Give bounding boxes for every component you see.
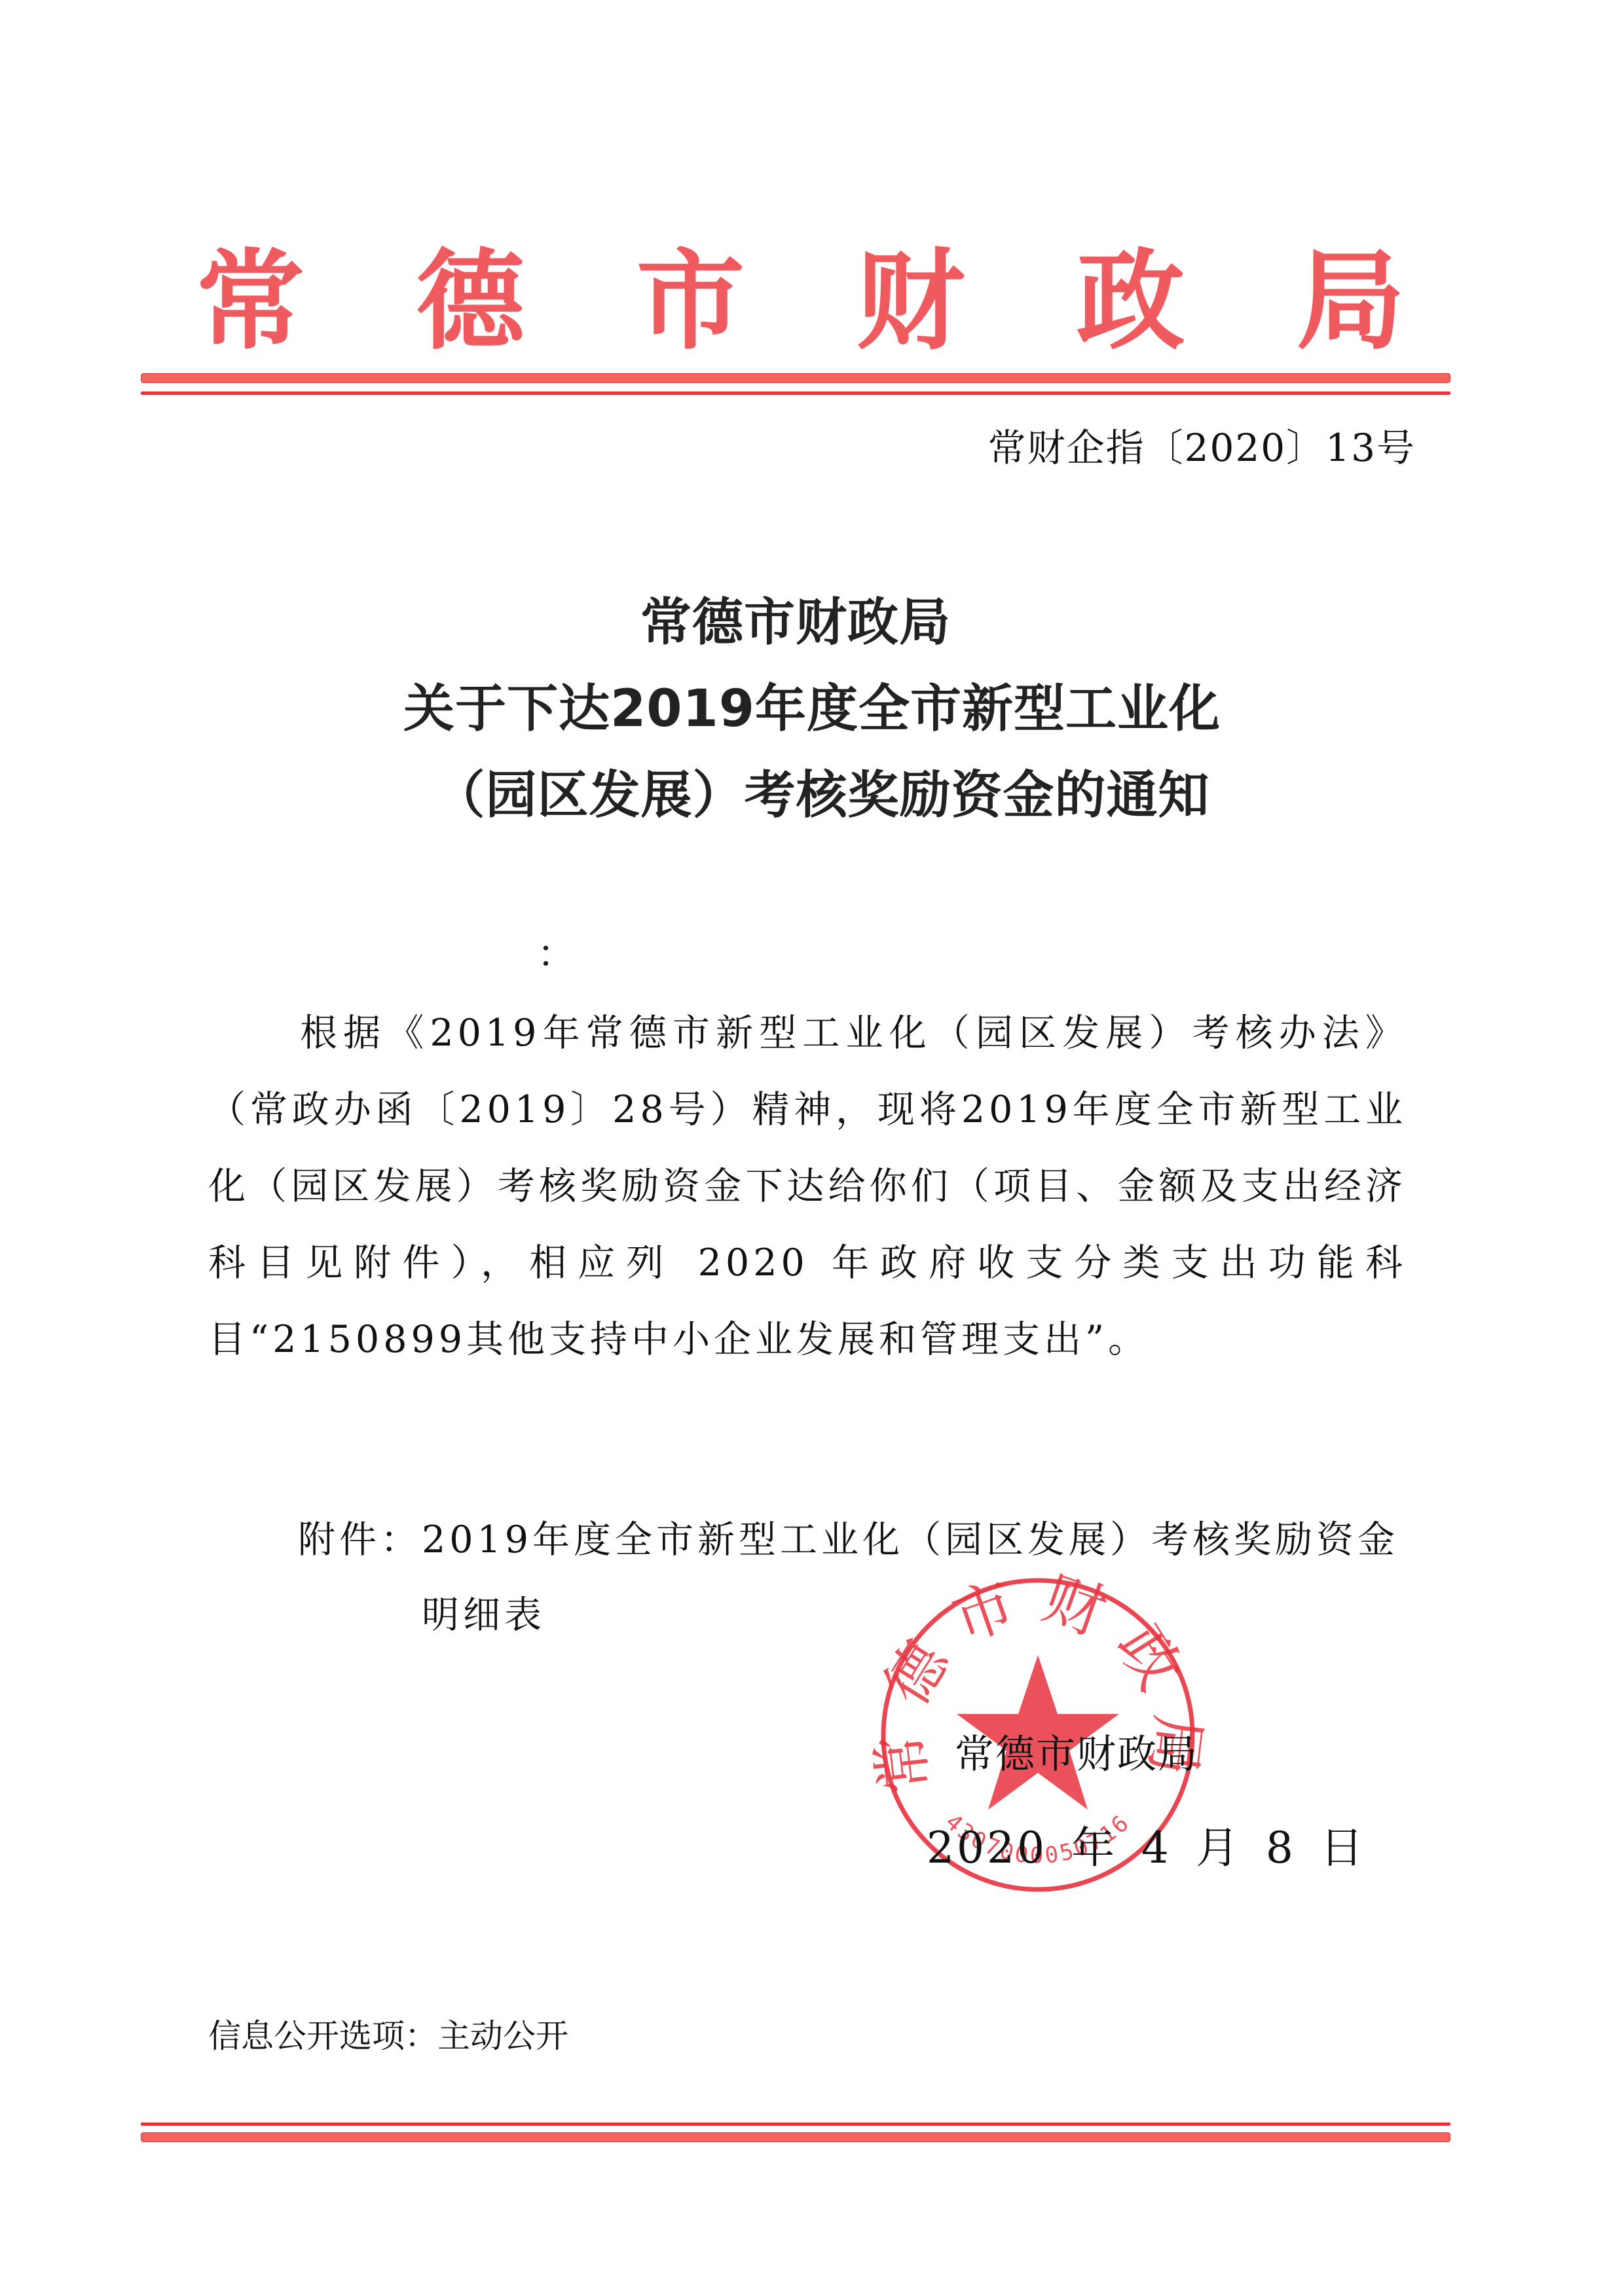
signature-date: 2020 年 4 月 8 日 xyxy=(927,1827,1366,1870)
title-line-issuer: 常德市财政局 xyxy=(0,579,1624,666)
signature-issuer: 常德市财政局 xyxy=(955,1735,1198,1774)
title-line-subject-cont: （园区发展）考核奖励资金的通知 xyxy=(20,752,1624,839)
letterhead-char: 局 xyxy=(1297,247,1405,355)
title-line-subject: 关于下达2019年度全市新型工业化 xyxy=(0,666,1624,752)
letterhead-char: 德 xyxy=(416,247,525,355)
attachment-note: 附件： 2019年度全市新型工业化（园区发展）考核奖励资金明细表 xyxy=(298,1503,1418,1653)
document-title: 常德市财政局 关于下达2019年度全市新型工业化 （园区发展）考核奖励资金的通知 xyxy=(0,579,1624,839)
letterhead-rule-thick xyxy=(141,373,1450,383)
letterhead-char: 政 xyxy=(1077,247,1185,355)
attachment-label: 附件： xyxy=(298,1503,422,1653)
letterhead-title: 常 德 市 财 政 局 xyxy=(141,236,1450,367)
letterhead-char: 市 xyxy=(637,247,745,355)
letterhead-char: 常 xyxy=(196,247,304,355)
document-number: 常财企指〔2020〕13号 xyxy=(988,429,1416,467)
salutation: ： xyxy=(537,935,575,973)
footer-rule-thick xyxy=(141,2132,1450,2142)
letterhead-rule-thin xyxy=(141,392,1450,395)
footer-rule-thin xyxy=(141,2123,1450,2126)
body-paragraph: 根据《2019年常德市新型工业化（园区发展）考核办法》（常政办函〔2019〕28… xyxy=(208,995,1407,1378)
disclosure-option: 信息公开选项：主动公开 xyxy=(208,2020,568,2052)
letterhead-char: 财 xyxy=(857,247,965,355)
